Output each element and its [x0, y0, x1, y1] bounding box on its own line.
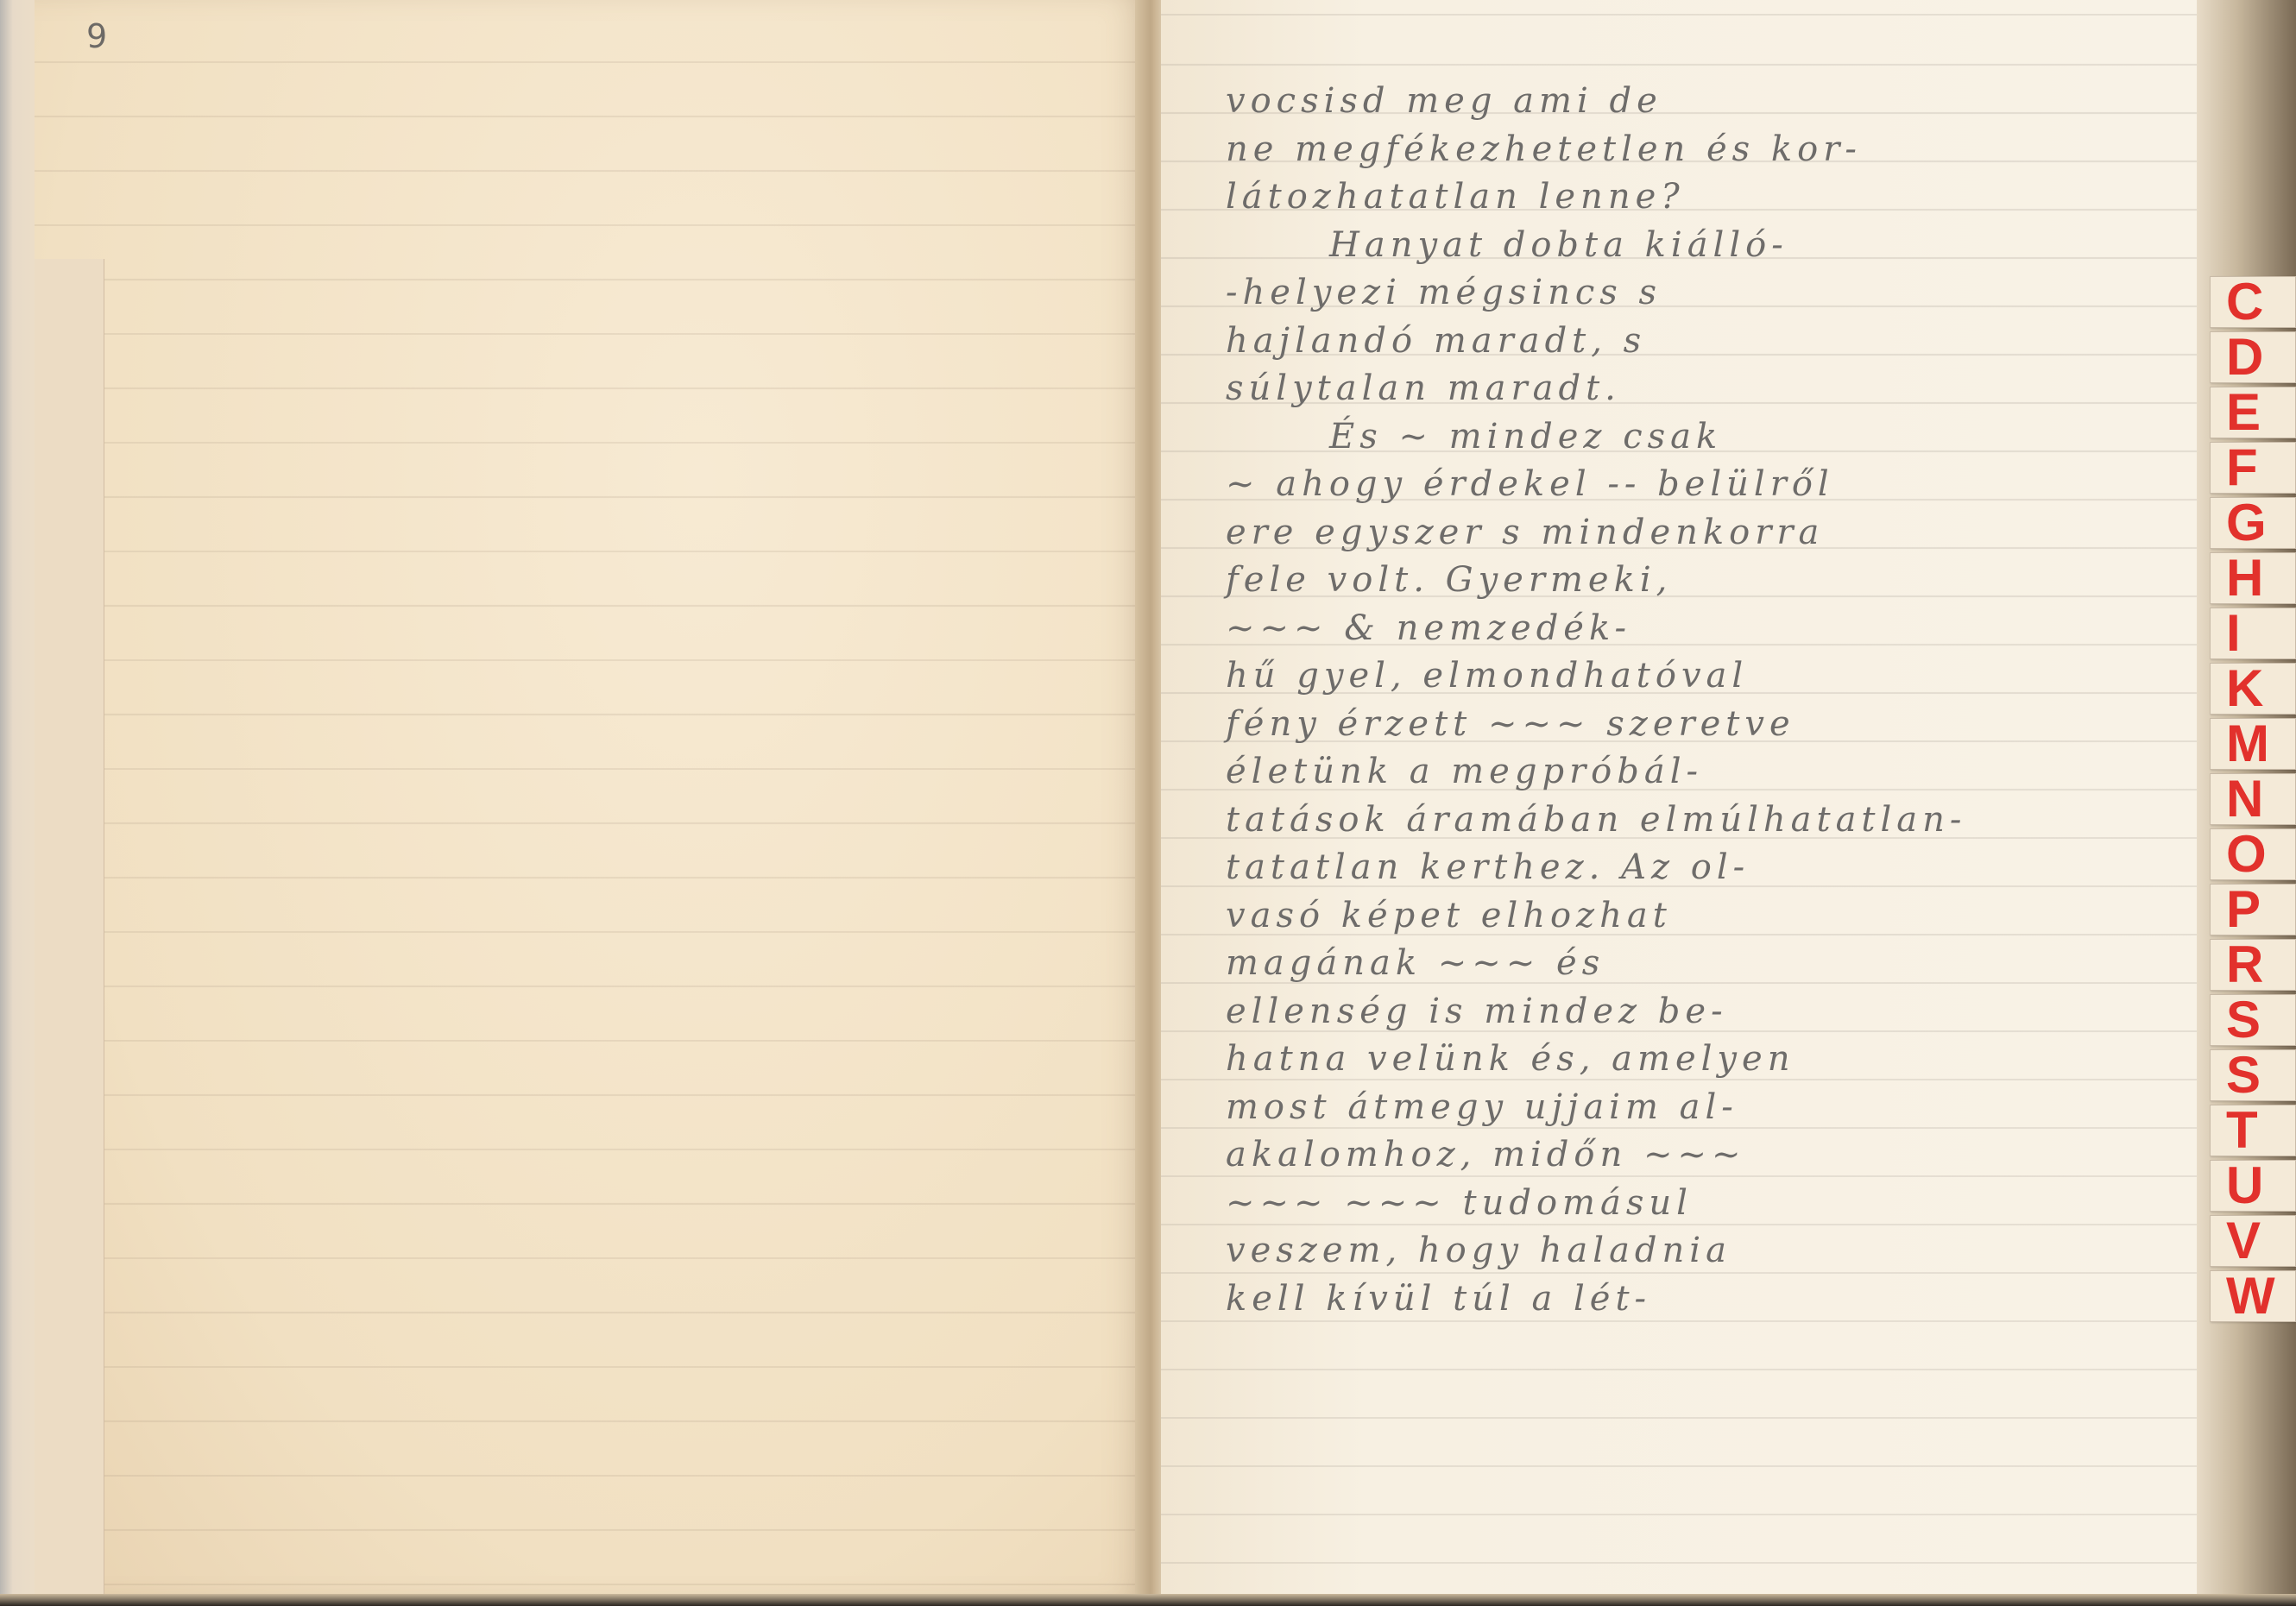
index-tab-d[interactable]: D [2210, 331, 2296, 383]
handwritten-line: magának ~~~ és [1226, 940, 2158, 988]
handwritten-line: tatatlan kerthez. Az ol- [1226, 844, 2158, 892]
handwritten-line: hű gyel, elmondhatóval [1226, 652, 2158, 701]
index-tab-s[interactable]: S [2210, 994, 2296, 1046]
alphabet-index-tabs: C D E F G H I K M N O P R S S T U V W [2210, 276, 2296, 1326]
handwritten-line: kell kívül túl a lét- [1226, 1275, 2158, 1324]
handwritten-line: látozhatatlan lenne? [1226, 173, 2158, 222]
handwritten-line: tatások áramában elmúlhatatlan- [1226, 797, 2158, 845]
index-tab-u[interactable]: U [2210, 1160, 2296, 1212]
handwritten-line: ellenség is mindez be- [1226, 988, 2158, 1036]
index-tab-r[interactable]: R [2210, 939, 2296, 991]
handwritten-line: súlytalan maradt. [1226, 365, 2158, 413]
index-tab-i[interactable]: I [2210, 608, 2296, 659]
index-tab-w[interactable]: W [2210, 1270, 2296, 1322]
index-tab-h[interactable]: H [2210, 552, 2296, 604]
index-tab-e[interactable]: E [2210, 387, 2296, 438]
handwritten-line: hajlandó maradt, s [1226, 318, 2158, 366]
index-tab-g[interactable]: G [2210, 497, 2296, 549]
handwritten-line: akalomhoz, midőn ~~~ [1226, 1131, 2158, 1180]
index-tab-v[interactable]: V [2210, 1215, 2296, 1267]
index-tab-k[interactable]: K [2210, 663, 2296, 715]
handwritten-line: vasó képet elhozhat [1226, 892, 2158, 941]
page-number-left: 9 [86, 17, 107, 55]
handwritten-line: ~~~ & nemzedék- [1226, 605, 2158, 653]
handwritten-line: fény érzett ~~~ szeretve [1226, 701, 2158, 749]
handwritten-line: veszem, hogy haladnia [1226, 1227, 2158, 1275]
handwritten-line: most átmegy ujjaim al- [1226, 1084, 2158, 1132]
handwritten-text: vocsisd meg ami de ne megfékezhetetlen é… [1226, 78, 2158, 1323]
index-tab-m[interactable]: M [2210, 718, 2296, 770]
index-tab-p[interactable]: P [2210, 884, 2296, 935]
index-tab-s2[interactable]: S [2210, 1049, 2296, 1101]
handwritten-line: Hanyat dobta kiálló- [1226, 222, 2158, 270]
handwritten-line: ~~~ ~~~ tudomásul [1226, 1180, 2158, 1228]
handwritten-line: ~ ahogy érdekel -- belülről [1226, 461, 2158, 509]
index-tab-c[interactable]: C [2210, 276, 2296, 328]
index-tab-n[interactable]: N [2210, 773, 2296, 825]
handwritten-line: fele volt. Gyermeki, [1226, 557, 2158, 605]
handwritten-line: -helyezi mégsincs s [1226, 269, 2158, 318]
notebook-spread: 9 10 vocsisd meg ami de ne megfékezhetet… [0, 0, 2296, 1606]
index-tab-f[interactable]: F [2210, 442, 2296, 494]
handwritten-line: ne megfékezhetetlen és kor- [1226, 126, 2158, 174]
index-tab-o[interactable]: O [2210, 828, 2296, 880]
index-tab-t[interactable]: T [2210, 1105, 2296, 1156]
left-page-tab-strip [35, 259, 104, 1597]
handwritten-line: És ~ mindez csak [1226, 413, 2158, 462]
handwritten-line: hatna velünk és, amelyen [1226, 1036, 2158, 1084]
left-page [35, 0, 1148, 1597]
handwritten-line: életünk a megpróbál- [1226, 748, 2158, 797]
handwritten-line: ere egyszer s mindenkorra [1226, 509, 2158, 557]
bottom-shadow [0, 1594, 2296, 1606]
handwritten-line: vocsisd meg ami de [1226, 78, 2158, 126]
